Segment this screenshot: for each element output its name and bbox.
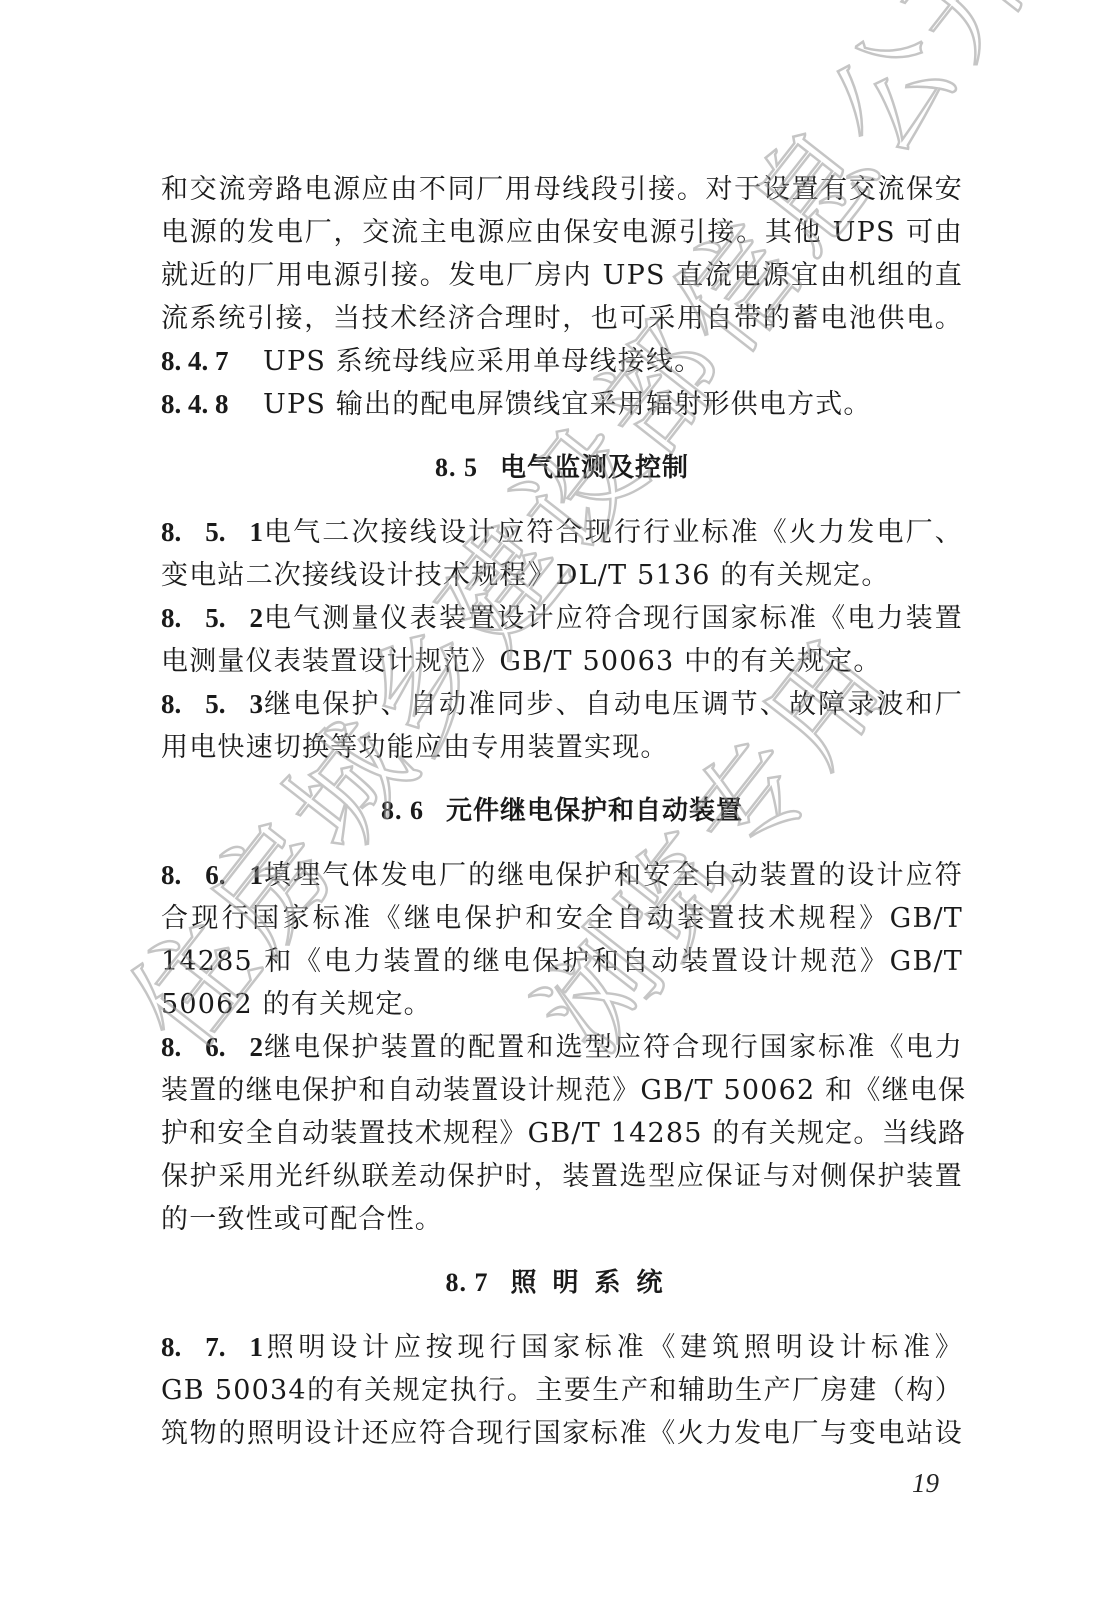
section-title: 元件继电保护和自动装置	[446, 796, 743, 826]
text-line: 保护采用光纤纵联差动保护时，装置选型应保证与对侧保护装置	[161, 1155, 963, 1198]
text-line: 流系统引接，当技术经济合理时，也可采用自带的蓄电池供电。	[161, 297, 963, 340]
paragraph-8-4-6-continued: 和交流旁路电源应由不同厂用母线段引接。对于设置有交流保安 电源的发电厂，交流主电…	[161, 168, 963, 340]
clause-8-5-2: 8. 5. 2电气测量仪表装置设计应符合现行国家标准《电力装置 电测量仪表装置设…	[161, 597, 963, 683]
clause-8-5-1: 8. 5. 1电气二次接线设计应符合现行行业标准《火力发电厂、 变电站二次接线设…	[161, 511, 963, 597]
clause-text: 电气测量仪表装置设计应符合现行国家标准《电力装置	[263, 603, 963, 634]
clause-text: 填埋气体发电厂的继电保护和安全自动装置的设计应符	[263, 860, 963, 891]
clause-text: 电气二次接线设计应符合现行行业标准《火力发电厂、	[263, 517, 963, 548]
document-page: 和交流旁路电源应由不同厂用母线段引接。对于设置有交流保安 电源的发电厂，交流主电…	[161, 168, 963, 1455]
text-line: 和交流旁路电源应由不同厂用母线段引接。对于设置有交流保安	[161, 168, 963, 211]
clause-number: 8. 6. 2	[161, 1026, 263, 1069]
text-line: 的一致性或可配合性。	[161, 1198, 963, 1241]
clause-number: 8. 4. 7	[161, 340, 263, 383]
text-line: GB 50034的有关规定执行。主要生产和辅助生产厂房建（构）	[161, 1369, 963, 1412]
clause-number: 8. 5. 3	[161, 683, 263, 726]
text-line: 电测量仪表装置设计规范》GB/T 50063 中的有关规定。	[161, 640, 963, 683]
clause-text: UPS 输出的配电屏馈线宜采用辐射形供电方式。	[263, 389, 872, 420]
text-line: 护和安全自动装置技术规程》GB/T 14285 的有关规定。当线路	[161, 1112, 963, 1155]
clause-number: 8. 5. 2	[161, 597, 263, 640]
section-number: 8. 7	[445, 1268, 488, 1297]
text-line: 14285 和《电力装置的继电保护和自动装置设计规范》GB/T	[161, 940, 963, 983]
section-heading-8-5: 8. 5电气监测及控制	[161, 446, 963, 489]
text-line: 变电站二次接线设计技术规程》DL/T 5136 的有关规定。	[161, 554, 963, 597]
section-title: 照明系统	[510, 1268, 678, 1298]
clause-8-6-1: 8. 6. 1填埋气体发电厂的继电保护和安全自动装置的设计应符 合现行国家标准《…	[161, 854, 963, 1026]
clause-8-5-3: 8. 5. 3继电保护、自动准同步、自动电压调节、故障录波和厂 用电快速切换等功…	[161, 683, 963, 769]
clause-number: 8. 5. 1	[161, 511, 263, 554]
text-line: 50062 的有关规定。	[161, 983, 963, 1026]
text-line: 用电快速切换等功能应由专用装置实现。	[161, 726, 963, 769]
clause-text: 继电保护装置的配置和选型应符合现行国家标准《电力	[263, 1032, 963, 1063]
text-line: 合现行国家标准《继电保护和安全自动装置技术规程》GB/T	[161, 897, 963, 940]
text-line: 就近的厂用电源引接。发电厂房内 UPS 直流电源宜由机组的直	[161, 254, 963, 297]
page-number: 19	[912, 1468, 939, 1499]
section-number: 8. 5	[435, 453, 478, 482]
clause-8-4-8: 8. 4. 8UPS 输出的配电屏馈线宜采用辐射形供电方式。	[161, 383, 963, 426]
clause-number: 8. 6. 1	[161, 854, 263, 897]
clause-8-6-2: 8. 6. 2继电保护装置的配置和选型应符合现行国家标准《电力 装置的继电保护和…	[161, 1026, 963, 1241]
clause-number: 8. 7. 1	[161, 1326, 263, 1369]
clause-text: UPS 系统母线应采用单母线接线。	[263, 346, 702, 377]
section-heading-8-7: 8. 7照明系统	[161, 1261, 963, 1304]
text-line: 筑物的照明设计还应符合现行国家标准《火力发电厂与变电站设	[161, 1412, 963, 1455]
section-heading-8-6: 8. 6元件继电保护和自动装置	[161, 789, 963, 832]
text-line: 电源的发电厂，交流主电源应由保安电源引接。其他 UPS 可由	[161, 211, 963, 254]
clause-text: 照明设计应按现行国家标准《建筑照明设计标准》	[263, 1332, 963, 1363]
clause-8-4-7: 8. 4. 7UPS 系统母线应采用单母线接线。	[161, 340, 963, 383]
section-number: 8. 6	[381, 796, 424, 825]
section-title: 电气监测及控制	[500, 453, 689, 483]
clause-text: 继电保护、自动准同步、自动电压调节、故障录波和厂	[263, 689, 963, 720]
clause-8-7-1: 8. 7. 1照明设计应按现行国家标准《建筑照明设计标准》 GB 50034的有…	[161, 1326, 963, 1455]
text-line: 装置的继电保护和自动装置设计规范》GB/T 50062 和《继电保	[161, 1069, 963, 1112]
clause-number: 8. 4. 8	[161, 383, 263, 426]
